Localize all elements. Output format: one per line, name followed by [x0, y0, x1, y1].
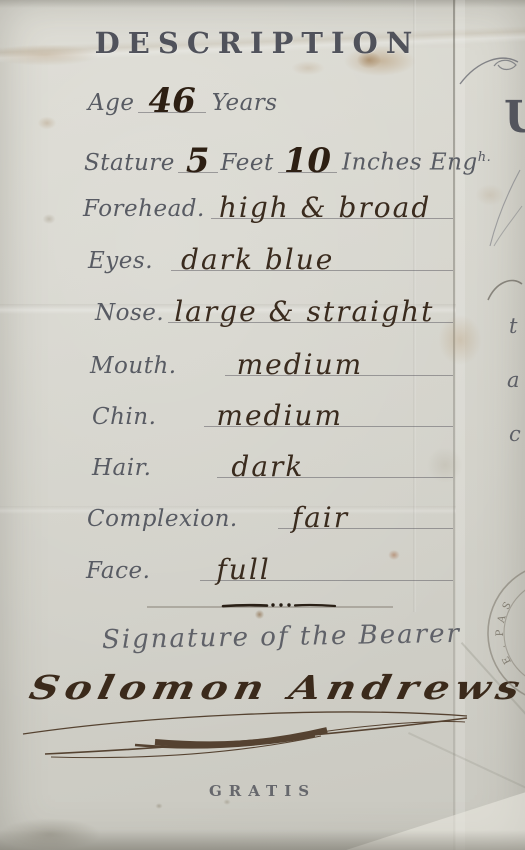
stain	[0, 812, 120, 850]
adjacent-partial-letter: c	[509, 422, 521, 446]
age-unit: Years	[212, 93, 278, 113]
field-row-hair: Hair. dark	[92, 457, 453, 478]
field-label: Hair.	[92, 458, 151, 478]
stature-inches-unit-text: Inches Eng	[342, 150, 478, 176]
field-label: Chin.	[92, 407, 156, 427]
field-value: dark	[217, 457, 318, 478]
stature-feet-unit: Feet	[221, 153, 274, 173]
age-label: Age	[88, 93, 134, 113]
page-title: DESCRIPTION	[30, 26, 485, 60]
field-row-nose: Nose. large & straight	[95, 302, 453, 323]
field-row-forehead: Forehead. high & broad	[83, 198, 453, 219]
ruled-line	[440, 302, 453, 323]
field-label: Eyes.	[88, 251, 153, 271]
ruled-line	[439, 198, 453, 219]
ruled-line	[363, 508, 453, 529]
signature-caption: Signature of the Bearer	[102, 619, 461, 655]
field-label: Complexion.	[87, 509, 238, 529]
adjacent-flourish-icon	[458, 50, 524, 92]
top-edge-shadow	[0, 0, 525, 8]
adjacent-partial-letter: t	[509, 314, 517, 338]
adjacent-partial-letter: a	[507, 368, 520, 392]
bright-corner-fold	[340, 792, 525, 850]
field-label: Mouth.	[90, 356, 177, 376]
field-value: full	[200, 560, 286, 581]
signature-flourish	[15, 700, 475, 762]
seal-letter: E	[501, 654, 514, 666]
field-value: dark blue	[171, 250, 344, 271]
field-row-complexion: Complexion. fair	[87, 508, 453, 529]
ruled-line	[375, 355, 453, 376]
field-row-eyes: Eyes. dark blue	[88, 250, 453, 271]
stature-inches-unit: Inches Engh.	[342, 148, 491, 173]
field-value: medium	[225, 355, 376, 376]
field-value: fair	[278, 508, 363, 529]
age-value: 46	[138, 90, 205, 113]
bottom-edge-shadow	[0, 830, 525, 850]
seal-letter: S	[501, 600, 514, 611]
field-row-stature: Stature 5 Feet 10 Inches Engh.	[84, 148, 453, 173]
field-label: Nose.	[95, 303, 164, 323]
field-value: medium	[204, 406, 355, 427]
seal-letter: P	[495, 629, 506, 636]
ruled-line	[344, 250, 453, 271]
ruled-line	[318, 457, 453, 478]
field-value: high & broad	[211, 198, 439, 219]
field-row-mouth: Mouth. medium	[90, 355, 453, 376]
field-row-face: Face. full	[86, 560, 453, 581]
stature-inches-superscript: h.	[478, 150, 492, 165]
field-label: Forehead.	[83, 199, 205, 219]
stature-label: Stature	[84, 153, 175, 173]
ink-divider	[145, 598, 395, 612]
passport-description-page: DESCRIPTION Age 46 Years Stature 5 Feet …	[0, 0, 525, 850]
field-label: Face.	[86, 561, 150, 581]
field-value: large & straight	[168, 302, 440, 323]
stature-inches-value: 10	[278, 150, 337, 173]
stain	[34, 114, 60, 132]
adjacent-page-large-letter: U	[504, 98, 525, 138]
stain	[40, 212, 58, 226]
ruled-line	[287, 560, 453, 581]
stain	[285, 58, 331, 78]
field-row-chin: Chin. medium	[92, 406, 453, 427]
embossed-seal: E . P A S	[478, 556, 525, 716]
adjacent-script-strokes-icon	[488, 166, 524, 250]
stature-feet-value: 5	[178, 150, 218, 173]
field-row-age: Age 46 Years	[88, 90, 453, 113]
ruled-line	[355, 406, 453, 427]
gratis-label: GRATIS	[35, 782, 490, 800]
stain	[154, 802, 164, 810]
adjacent-arc-stroke-icon	[486, 276, 524, 302]
